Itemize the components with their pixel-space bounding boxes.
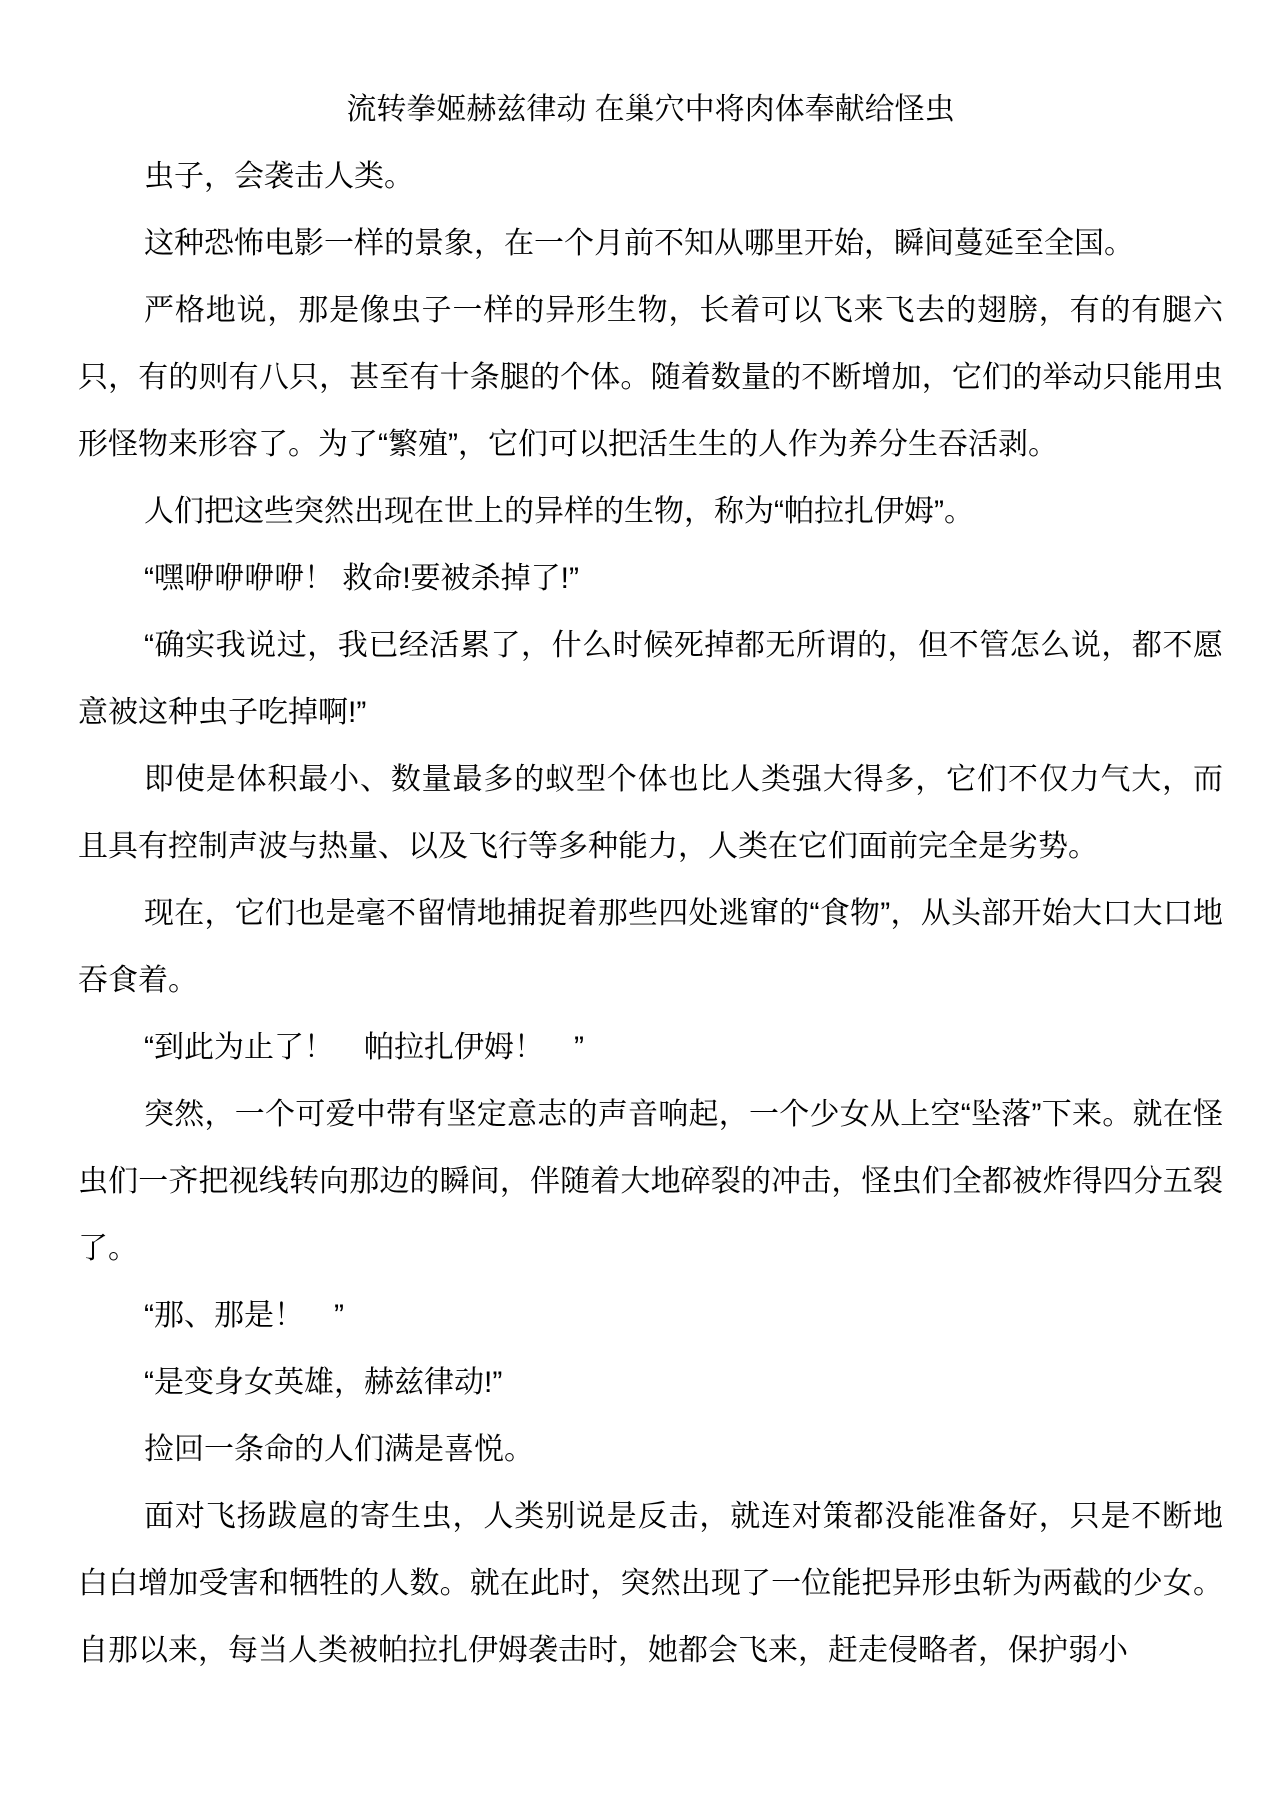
paragraph: 人们把这些突然出现在世上的异样的生物，称为“帕拉扎伊姆”。 xyxy=(78,478,1223,545)
document-page: 流转拳姬赫兹律动 在巢穴中将肉体奉献给怪虫 虫子，会袭击人类。这种恐怖电影一样的… xyxy=(0,0,1280,1810)
paragraph: “确实我说过，我已经活累了，什么时候死掉都无所谓的，但不管怎么说，都不愿意被这种… xyxy=(78,612,1223,746)
paragraph: 突然，一个可爱中带有坚定意志的声音响起，一个少女从上空“坠落”下来。就在怪虫们一… xyxy=(78,1081,1223,1282)
paragraph: “那、那是！ ” xyxy=(78,1282,1223,1349)
paragraph: “到此为止了！ 帕拉扎伊姆！ ” xyxy=(78,1014,1223,1081)
paragraph: 面对飞扬跋扈的寄生虫，人类别说是反击，就连对策都没能准备好，只是不断地白白增加受… xyxy=(78,1483,1223,1684)
paragraph: 严格地说，那是像虫子一样的异形生物，长着可以飞来飞去的翅膀，有的有腿六只，有的则… xyxy=(78,277,1223,478)
paragraph: “嘿咿咿咿咿！ 救命!要被杀掉了!” xyxy=(78,545,1223,612)
paragraph: 虫子，会袭击人类。 xyxy=(78,143,1223,210)
paragraph: “是变身女英雄，赫兹律动!” xyxy=(78,1349,1223,1416)
paragraph: 即使是体积最小、数量最多的蚁型个体也比人类强大得多，它们不仅力气大，而且具有控制… xyxy=(78,746,1223,880)
paragraph: 捡回一条命的人们满是喜悦。 xyxy=(78,1416,1223,1483)
paragraph: 现在，它们也是毫不留情地捕捉着那些四处逃窜的“食物”，从头部开始大口大口地吞食着… xyxy=(78,880,1223,1014)
document-title: 流转拳姬赫兹律动 在巢穴中将肉体奉献给怪虫 xyxy=(78,76,1223,143)
paragraph: 这种恐怖电影一样的景象，在一个月前不知从哪里开始，瞬间蔓延至全国。 xyxy=(78,210,1223,277)
document-body: 虫子，会袭击人类。这种恐怖电影一样的景象，在一个月前不知从哪里开始，瞬间蔓延至全… xyxy=(78,143,1223,1684)
